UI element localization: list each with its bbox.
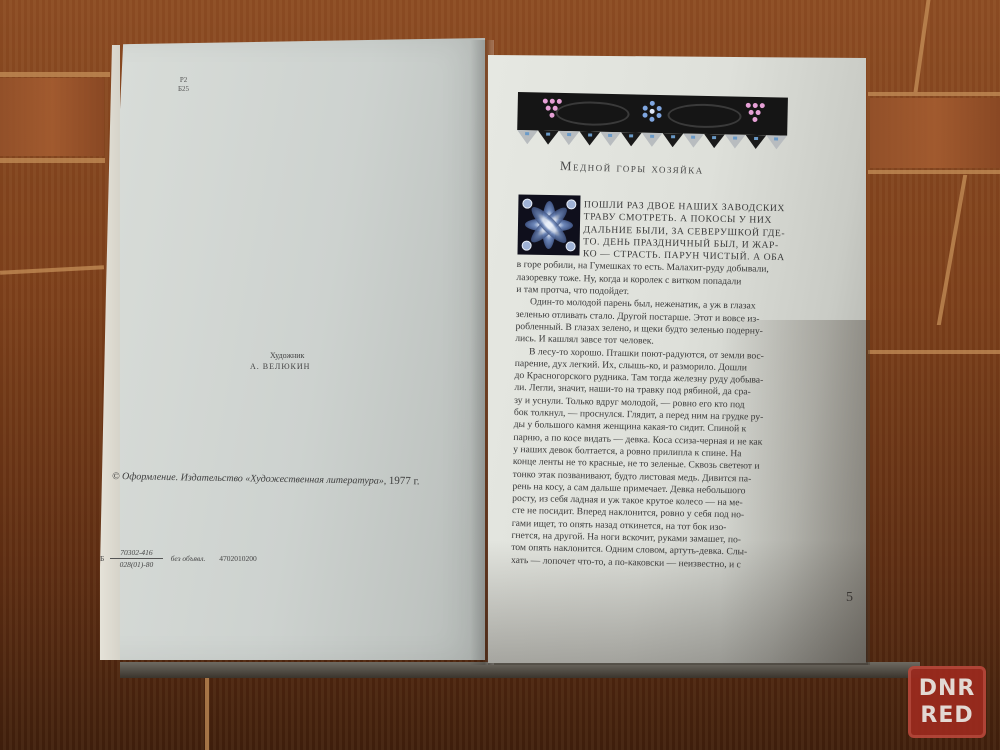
dot [522, 241, 532, 251]
dot [566, 199, 576, 209]
swirl-ornament [667, 103, 741, 129]
ornament-tooth [662, 133, 683, 147]
illustrator-name: А. ВЕЛЮКИН [250, 361, 310, 372]
floor-strip [868, 170, 1000, 174]
blue-flower-icon [642, 101, 662, 121]
code-line: Б25 [178, 85, 189, 93]
catalog-note: без объявл. [171, 554, 206, 563]
ornament-tooth [579, 131, 600, 145]
ornament-band [517, 92, 788, 136]
floor-strip [0, 72, 110, 77]
ornament-tooth [558, 131, 579, 145]
ornament-tooth [704, 134, 725, 148]
floor-strip [0, 158, 105, 163]
ornament-tooth [538, 130, 559, 144]
illustrator-credit: Художник А. ВЕЛЮКИН [250, 350, 310, 372]
swirl-ornament [555, 101, 629, 127]
floor-plank [0, 78, 104, 156]
ornament-tooth [766, 135, 787, 149]
ornament-tooth [725, 134, 746, 148]
book-cover-edge [120, 662, 920, 678]
catalog-fraction: 70302-416 028(01)-80 [110, 548, 163, 569]
ornament-tooth [745, 135, 766, 149]
ornament-tooth [621, 132, 642, 146]
copyright-year: 1977 г. [389, 475, 420, 488]
catalog-lead: Б [100, 554, 104, 563]
catalog-index: Б 70302-416 028(01)-80 без объявл. 47020… [100, 548, 257, 569]
pink-flower-icon [745, 103, 765, 123]
dnr-red-watermark: DNR RED [908, 666, 986, 738]
classification-code: Р2 Б25 [178, 76, 189, 94]
floor-strip [868, 350, 1000, 354]
code-line: Р2 [180, 76, 187, 84]
floor-strip [205, 670, 209, 750]
illustrator-role: Художник [250, 350, 310, 361]
catalog-denominator: 028(01)-80 [110, 559, 163, 569]
pink-flower-icon [542, 99, 562, 119]
ornament-tooth [517, 130, 538, 144]
catalog-number: 4702010200 [219, 554, 257, 563]
floor-strip [868, 92, 1000, 96]
page-number: 5 [846, 590, 853, 606]
watermark-line-1: DNR [911, 675, 983, 702]
ornament-tooth [683, 133, 704, 147]
decorative-initial-icon [517, 194, 580, 255]
floor-plank [870, 98, 1000, 168]
dot [566, 241, 576, 251]
watermark-line-2: RED [911, 702, 983, 729]
catalog-numerator: 70302-416 [110, 548, 163, 559]
copyright-symbol: © [112, 471, 120, 482]
ornament-tooth [641, 133, 662, 147]
ornament-tooth [600, 132, 621, 146]
